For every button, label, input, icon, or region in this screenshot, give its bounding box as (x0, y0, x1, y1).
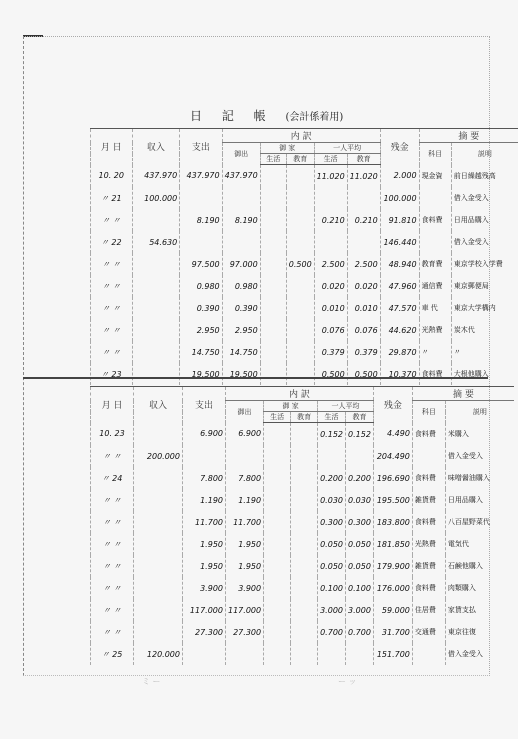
cell-subject: 食料費 (419, 363, 451, 385)
header-main: 御出 (222, 143, 260, 165)
header-pp-living: 生活 (314, 154, 347, 165)
cell-main (222, 187, 260, 209)
cell-income (132, 319, 180, 341)
cell-hh-education (286, 165, 314, 188)
cell-hh-living (260, 297, 286, 319)
cell-income (134, 423, 183, 446)
header-per-person: 一人平均 (314, 143, 380, 154)
cell-date: 〃 〃 (91, 275, 133, 297)
cell-pp-education: 0.076 (347, 319, 380, 341)
cell-hh-living (260, 187, 286, 209)
ledger-row: 〃 〃200.000204.490借入金受入 (91, 445, 514, 467)
ledger-row: 〃 〃0.3900.3900.0100.01047.570車 代東京大学構内 (91, 297, 518, 319)
cell-hh-living (260, 231, 286, 253)
cell-expense: 2.950 (180, 319, 222, 341)
cell-main: 0.980 (222, 275, 260, 297)
header-household: 御 家 (264, 401, 318, 412)
cell-description: 前日繰越残高 (451, 165, 518, 188)
title-text: 日 記 帳 (190, 109, 274, 123)
cell-hh-living (260, 165, 286, 188)
cell-pp-education: 2.500 (347, 253, 380, 275)
cell-expense (180, 187, 222, 209)
cell-date: 〃 24 (91, 467, 134, 489)
cell-hh-living (260, 319, 286, 341)
cell-main: 27.300 (226, 621, 264, 643)
cell-subject (412, 643, 445, 665)
ledger-row: 〃 25120.000151.700借入金受入 (91, 643, 514, 665)
cell-pp-living: 0.700 (318, 621, 346, 643)
header-household: 御 家 (260, 143, 314, 154)
cell-hh-living (260, 275, 286, 297)
cell-subject: 〃 (419, 341, 451, 363)
cell-pp-living: 0.050 (318, 533, 346, 555)
ledger-row: 〃 21100.000100.000借入金受入 (91, 187, 518, 209)
ledger-row: 〃 〃1.9501.9500.0500.050179.900雑貨費石鹸他購入 (91, 555, 514, 577)
cell-description: 東京学校入学費 (451, 253, 518, 275)
cell-hh-living (264, 533, 291, 555)
cell-description: 借入金受入 (451, 231, 518, 253)
header-summary: 摘 要 (412, 387, 514, 401)
header-balance: 残金 (380, 129, 419, 165)
header-subject: 科目 (412, 401, 445, 423)
cell-date: 〃 〃 (91, 253, 133, 275)
cell-hh-living (264, 621, 291, 643)
cell-pp-living: 0.030 (318, 489, 346, 511)
cell-description: 家賃支払 (445, 599, 514, 621)
cell-date: 〃 〃 (91, 555, 134, 577)
cell-income (132, 209, 180, 231)
cell-date: 〃 〃 (91, 621, 134, 643)
cell-income (132, 297, 180, 319)
cell-pp-education: 0.050 (346, 533, 374, 555)
cell-main: 0.390 (222, 297, 260, 319)
page-separator (23, 377, 488, 379)
cell-hh-education (291, 599, 318, 621)
cell-hh-education (286, 319, 314, 341)
cell-description: 〃 (451, 341, 518, 363)
ledger-row: 〃 〃2.9502.9500.0760.07644.620光熱費炭木代 (91, 319, 518, 341)
cell-hh-living (264, 643, 291, 665)
cell-date: 〃 22 (91, 231, 133, 253)
cell-hh-education (291, 511, 318, 533)
ledger-row: 〃 〃8.1908.1900.2100.21091.810食料費日用品購入 (91, 209, 518, 231)
cell-pp-living: 0.010 (314, 297, 347, 319)
cell-expense (183, 445, 226, 467)
header-balance: 残金 (373, 387, 412, 423)
cell-pp-living: 0.200 (318, 467, 346, 489)
header-expense: 支出 (180, 129, 222, 165)
cell-hh-living (264, 511, 291, 533)
cell-hh-education (291, 423, 318, 446)
cell-income: 120.000 (134, 643, 183, 665)
ledger-row: 〃 〃1.1901.1900.0300.030195.500雑貨費日用品購入 (91, 489, 514, 511)
cell-pp-education (346, 643, 374, 665)
ledger-row: 〃 247.8007.8000.2000.200196.690食料費味噌醤油購入 (91, 467, 514, 489)
ledger-body-1: 10. 20437.970437.970437.97011.02011.0202… (91, 165, 518, 386)
cell-hh-education (291, 445, 318, 467)
cell-pp-education: 0.210 (347, 209, 380, 231)
cell-date: 〃 25 (91, 643, 134, 665)
cell-balance: 181.850 (373, 533, 412, 555)
cell-subject: 現金資 (419, 165, 451, 188)
cell-pp-education: 0.379 (347, 341, 380, 363)
cell-balance: 179.900 (373, 555, 412, 577)
cell-hh-living (264, 555, 291, 577)
cell-description: 肉類購入 (445, 577, 514, 599)
cell-balance: 176.000 (373, 577, 412, 599)
cell-subject (412, 445, 445, 467)
header-household-education: 教育 (286, 154, 314, 165)
cell-date: 〃 23 (91, 363, 133, 385)
cell-hh-living (264, 467, 291, 489)
cell-subject: 光熱費 (419, 319, 451, 341)
cell-date: 〃 〃 (91, 511, 134, 533)
cell-description: 借入金受入 (445, 445, 514, 467)
cell-hh-living (264, 577, 291, 599)
cell-balance: 47.960 (380, 275, 419, 297)
cell-expense: 7.800 (183, 467, 226, 489)
cell-pp-living: 11.020 (314, 165, 347, 188)
cell-expense: 19.500 (180, 363, 222, 385)
cell-hh-living (260, 363, 286, 385)
cell-subject: 住居費 (412, 599, 445, 621)
cell-main: 437.970 (222, 165, 260, 188)
cell-date: 〃 〃 (91, 209, 133, 231)
cell-income (134, 577, 183, 599)
cell-hh-education (286, 209, 314, 231)
header-breakdown: 内 訳 (226, 387, 374, 401)
cell-pp-education: 0.020 (347, 275, 380, 297)
cell-hh-living (264, 489, 291, 511)
title-note: (会計係着用) (285, 112, 343, 123)
header-date: 月 日 (91, 387, 134, 423)
cell-pp-education: 0.500 (347, 363, 380, 385)
header-household-education: 教育 (291, 412, 318, 423)
cell-expense: 437.970 (180, 165, 222, 188)
cell-income (134, 489, 183, 511)
cell-main: 6.900 (226, 423, 264, 446)
cell-expense (180, 231, 222, 253)
cell-main (226, 643, 264, 665)
cell-main: 3.900 (226, 577, 264, 599)
header-description: 説明 (451, 143, 518, 165)
cell-hh-living (260, 209, 286, 231)
cell-pp-living: 0.076 (314, 319, 347, 341)
cell-hh-living (264, 445, 291, 467)
cell-income: 200.000 (134, 445, 183, 467)
cell-hh-living (260, 253, 286, 275)
header-pp-education: 教育 (346, 412, 374, 423)
cell-description: 八百屋野菜代 (445, 511, 514, 533)
cell-pp-living: 0.152 (318, 423, 346, 446)
cell-date: 〃 〃 (91, 297, 133, 319)
cell-date: 10. 23 (91, 423, 134, 446)
header-income: 収入 (132, 129, 180, 165)
cell-description: 日用品購入 (451, 209, 518, 231)
cell-expense: 14.750 (180, 341, 222, 363)
cell-date: 〃 21 (91, 187, 133, 209)
cell-pp-living: 0.050 (318, 555, 346, 577)
cell-pp-education: 3.000 (346, 599, 374, 621)
cell-main: 8.190 (222, 209, 260, 231)
cell-balance: 195.500 (373, 489, 412, 511)
cell-pp-education: 0.700 (346, 621, 374, 643)
cell-pp-living: 0.300 (318, 511, 346, 533)
cell-expense: 117.000 (183, 599, 226, 621)
cell-expense: 3.900 (183, 577, 226, 599)
cell-expense: 0.980 (180, 275, 222, 297)
cell-pp-living (314, 231, 347, 253)
cell-balance: 47.570 (380, 297, 419, 319)
cell-balance: 196.690 (373, 467, 412, 489)
cell-hh-education (286, 297, 314, 319)
cell-expense: 6.900 (183, 423, 226, 446)
cell-expense: 8.190 (180, 209, 222, 231)
cell-pp-education (347, 231, 380, 253)
cell-pp-living: 0.020 (314, 275, 347, 297)
cell-hh-education: 0.500 (286, 253, 314, 275)
cell-balance: 151.700 (373, 643, 412, 665)
cell-balance: 29.870 (380, 341, 419, 363)
cell-hh-education (291, 577, 318, 599)
cell-main: 19.500 (222, 363, 260, 385)
cell-date: 〃 〃 (91, 599, 134, 621)
cell-description: 米購入 (445, 423, 514, 446)
cell-hh-living (264, 599, 291, 621)
cell-subject: 食料費 (412, 423, 445, 446)
cell-balance: 44.620 (380, 319, 419, 341)
cell-pp-education: 0.010 (347, 297, 380, 319)
cell-pp-education: 0.300 (346, 511, 374, 533)
footer-mark-right: ー ッ (338, 676, 357, 687)
ledger-row: 〃 〃3.9003.9000.1000.100176.000食料費肉類購入 (91, 577, 514, 599)
cell-expense: 1.950 (183, 533, 226, 555)
cell-main (222, 231, 260, 253)
cell-description: 大根他購入 (451, 363, 518, 385)
cell-income (134, 599, 183, 621)
ledger-row: 〃 〃11.70011.7000.3000.300183.800食料費八百屋野菜… (91, 511, 514, 533)
cell-subject: 食料費 (412, 467, 445, 489)
header-subject: 科目 (419, 143, 451, 165)
cell-hh-education (291, 643, 318, 665)
cell-date: 〃 〃 (91, 489, 134, 511)
cell-pp-education: 0.152 (346, 423, 374, 446)
cell-description: 日用品購入 (445, 489, 514, 511)
cell-hh-education (291, 467, 318, 489)
cell-pp-education: 0.100 (346, 577, 374, 599)
cell-balance: 204.490 (373, 445, 412, 467)
cell-balance: 2.000 (380, 165, 419, 188)
cell-main: 11.700 (226, 511, 264, 533)
header-household-living: 生活 (260, 154, 286, 165)
cell-description: 借入金受入 (445, 643, 514, 665)
cell-description: 東京大学構内 (451, 297, 518, 319)
cell-balance: 4.490 (373, 423, 412, 446)
cell-pp-living (314, 187, 347, 209)
cell-income (134, 555, 183, 577)
cell-expense: 1.950 (183, 555, 226, 577)
cell-income (132, 253, 180, 275)
cell-hh-education (286, 275, 314, 297)
cell-subject: 食料費 (419, 209, 451, 231)
cell-income (134, 467, 183, 489)
cell-main: 14.750 (222, 341, 260, 363)
header-income: 収入 (134, 387, 183, 423)
cell-pp-living: 0.210 (314, 209, 347, 231)
cell-description: 東京郵便局 (451, 275, 518, 297)
cell-main: 117.000 (226, 599, 264, 621)
cell-subject: 交通費 (412, 621, 445, 643)
header-date: 月 日 (91, 129, 133, 165)
cell-pp-living: 0.379 (314, 341, 347, 363)
cell-hh-education (291, 489, 318, 511)
cell-description: 炭木代 (451, 319, 518, 341)
cell-pp-living (318, 445, 346, 467)
cell-main: 2.950 (222, 319, 260, 341)
cell-pp-education: 11.020 (347, 165, 380, 188)
cell-income (134, 621, 183, 643)
ledger-row: 〃 〃0.9800.9800.0200.02047.960通信費東京郵便局 (91, 275, 518, 297)
cell-expense: 97.500 (180, 253, 222, 275)
cell-subject: 食料費 (412, 511, 445, 533)
cell-date: 〃 〃 (91, 577, 134, 599)
cell-pp-education (346, 445, 374, 467)
cell-pp-education: 0.030 (346, 489, 374, 511)
cell-subject: 雑貨費 (412, 489, 445, 511)
cell-balance: 31.700 (373, 621, 412, 643)
ledger-table-1: 月 日 収入 支出 内 訳 残金 摘 要 御出 御 家 一人平均 科目 説明 生… (90, 128, 518, 385)
cell-hh-living (264, 423, 291, 446)
cell-subject: 通信費 (419, 275, 451, 297)
cell-pp-living: 0.500 (314, 363, 347, 385)
cell-main: 1.190 (226, 489, 264, 511)
cell-balance: 59.000 (373, 599, 412, 621)
cell-income: 437.970 (132, 165, 180, 188)
header-expense: 支出 (183, 387, 226, 423)
ledger-row: 〃 〃1.9501.9500.0500.050181.850光熱費電気代 (91, 533, 514, 555)
ledger-row: 〃 〃27.30027.3000.7000.70031.700交通費東京往復 (91, 621, 514, 643)
cell-balance: 10.370 (380, 363, 419, 385)
cell-income: 54.630 (132, 231, 180, 253)
ledger-row: 〃 2319.50019.5000.5000.50010.370食料費大根他購入 (91, 363, 518, 385)
cell-income (132, 341, 180, 363)
cell-pp-education: 0.050 (346, 555, 374, 577)
cell-hh-education (286, 187, 314, 209)
cell-description: 電気代 (445, 533, 514, 555)
cell-description: 味噌醤油購入 (445, 467, 514, 489)
header-main: 御出 (226, 401, 264, 423)
header-breakdown: 内 訳 (222, 129, 380, 143)
cell-hh-living (260, 341, 286, 363)
cell-pp-living (318, 643, 346, 665)
cell-main: 1.950 (226, 533, 264, 555)
cell-description: 東京往復 (445, 621, 514, 643)
cell-income: 100.000 (132, 187, 180, 209)
cell-hh-education (291, 555, 318, 577)
cell-subject (419, 187, 451, 209)
cell-hh-education (291, 621, 318, 643)
cell-subject: 車 代 (419, 297, 451, 319)
cell-main (226, 445, 264, 467)
ledger-row: 〃 〃117.000117.0003.0003.00059.000住居費家賃支払 (91, 599, 514, 621)
header-pp-living: 生活 (318, 412, 346, 423)
cell-description: 石鹸他購入 (445, 555, 514, 577)
ledger-row: 10. 20437.970437.970437.97011.02011.0202… (91, 165, 518, 188)
cell-date: 〃 〃 (91, 341, 133, 363)
header-pp-education: 教育 (347, 154, 380, 165)
cell-pp-education (347, 187, 380, 209)
cell-date: 10. 20 (91, 165, 133, 188)
cell-hh-education (291, 533, 318, 555)
cell-main: 97.000 (222, 253, 260, 275)
cell-subject: 教育費 (419, 253, 451, 275)
footer-mark-left: ミ ー (142, 676, 161, 687)
header-description: 説明 (445, 401, 514, 423)
cell-income (132, 275, 180, 297)
cell-balance: 183.800 (373, 511, 412, 533)
cell-subject: 雑貨費 (412, 555, 445, 577)
header-summary: 摘 要 (419, 129, 518, 143)
cell-hh-education (286, 231, 314, 253)
ledger-row: 10. 236.9006.9000.1520.1524.490食料費米購入 (91, 423, 514, 446)
cell-balance: 48.940 (380, 253, 419, 275)
cell-main: 7.800 (226, 467, 264, 489)
cell-subject: 食料費 (412, 577, 445, 599)
cell-pp-living: 0.100 (318, 577, 346, 599)
cell-pp-education: 0.200 (346, 467, 374, 489)
cell-income (134, 511, 183, 533)
ledger-row: 〃 〃14.75014.7500.3790.37929.870〃〃 (91, 341, 518, 363)
cell-balance: 146.440 (380, 231, 419, 253)
cell-date: 〃 〃 (91, 533, 134, 555)
page-title: 日 記 帳 (会計係着用) (190, 107, 343, 124)
cell-income (132, 363, 180, 385)
cell-pp-living: 3.000 (318, 599, 346, 621)
ledger-row: 〃 〃97.50097.0000.5002.5002.50048.940教育費東… (91, 253, 518, 275)
ledger-row: 〃 2254.630146.440借入金受入 (91, 231, 518, 253)
cell-date: 〃 〃 (91, 319, 133, 341)
ledger-table-2: 月 日 収入 支出 内 訳 残金 摘 要 御出 御 家 一人平均 科目 説明 生… (90, 386, 514, 665)
ledger-body-2: 10. 236.9006.9000.1520.1524.490食料費米購入〃 〃… (91, 423, 514, 666)
cell-income (134, 533, 183, 555)
cell-subject (419, 231, 451, 253)
cell-balance: 100.000 (380, 187, 419, 209)
cell-date: 〃 〃 (91, 445, 134, 467)
cell-hh-education (286, 341, 314, 363)
cell-expense: 0.390 (180, 297, 222, 319)
cell-expense: 11.700 (183, 511, 226, 533)
cell-main: 1.950 (226, 555, 264, 577)
cell-expense: 27.300 (183, 621, 226, 643)
cell-expense: 1.190 (183, 489, 226, 511)
cell-balance: 91.810 (380, 209, 419, 231)
cell-subject: 光熱費 (412, 533, 445, 555)
cell-hh-education (286, 363, 314, 385)
cell-description: 借入金受入 (451, 187, 518, 209)
header-household-living: 生活 (264, 412, 291, 423)
header-per-person: 一人平均 (318, 401, 374, 412)
cell-expense (183, 643, 226, 665)
cell-pp-living: 2.500 (314, 253, 347, 275)
